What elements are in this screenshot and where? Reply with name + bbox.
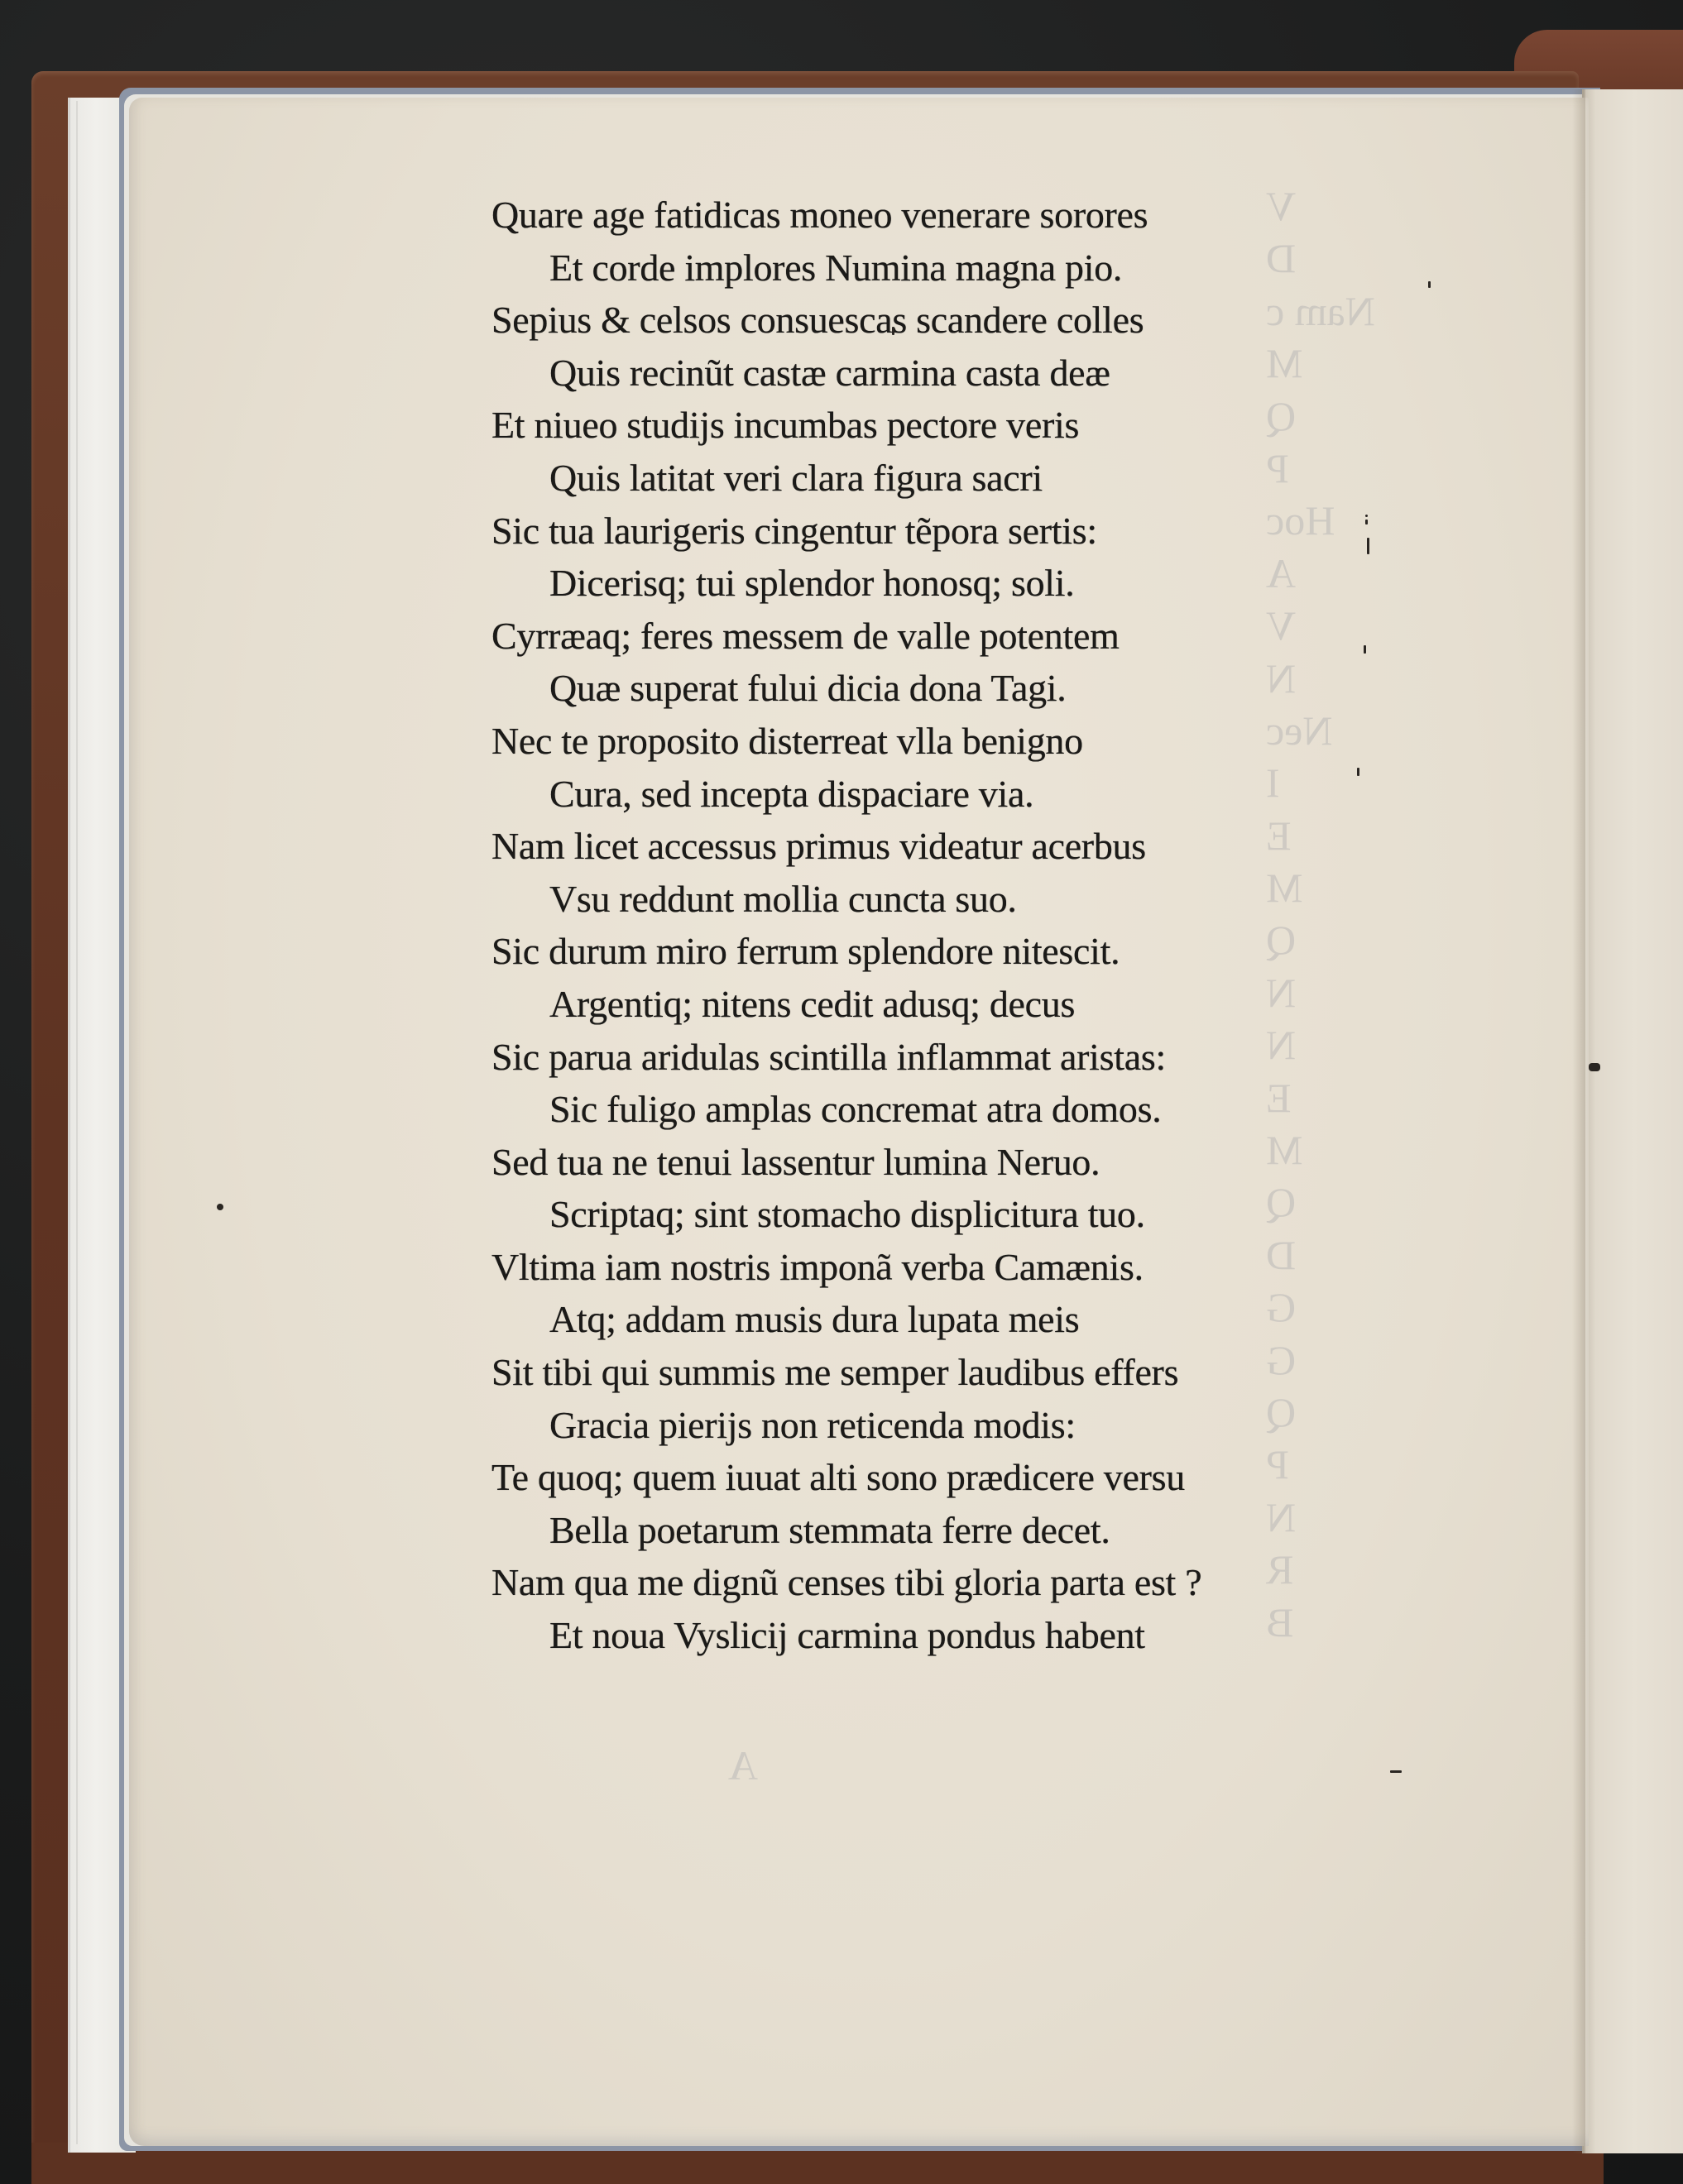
- verse-line: Sic durum miro ferrum splendore nitescit…: [491, 925, 1335, 978]
- facing-page-edge: [1582, 89, 1683, 2153]
- verse-line: Gracia pierijs non reticenda modis:: [491, 1399, 1335, 1452]
- verse-line: Et corde implores Numina magna pio.: [491, 242, 1335, 295]
- ink-speck: [1365, 520, 1368, 524]
- verse-line: Cura, sed incepta dispaciare via.: [491, 768, 1335, 821]
- verse-line: Vsu reddunt mollia cuncta suo.: [491, 873, 1335, 926]
- ink-speck: [1390, 1770, 1402, 1773]
- verse-line: Scriptaq; sint stomacho displicitura tuo…: [491, 1188, 1335, 1241]
- verse-line: Sit tibi qui summis me semper laudibus e…: [491, 1346, 1335, 1399]
- verse-line: Sepius & celsos consuescas scandere coll…: [491, 294, 1335, 347]
- ink-speck: [1428, 281, 1431, 288]
- verse-line: Quæ superat fului dicia dona Tagi.: [491, 662, 1335, 715]
- verse-line: Nam licet accessus primus videatur acerb…: [491, 820, 1335, 873]
- verse-line: Bella poetarum stemmata ferre decet.: [491, 1504, 1335, 1557]
- verse-line: Atq; addam musis dura lupata meis: [491, 1293, 1335, 1346]
- flyleaf-divider: [76, 101, 78, 2144]
- verse-line: Sed tua ne tenui lassentur lumina Neruo.: [491, 1136, 1335, 1189]
- verse-line: Cyrræaq; feres messem de valle potentem: [491, 610, 1335, 663]
- verse-text-block: Quare age fatidicas moneo venerare soror…: [491, 189, 1335, 1662]
- gutter-shadow: [1572, 89, 1585, 2153]
- verse-line: Et noua Vyslicij carmina pondus habent: [491, 1609, 1335, 1662]
- ink-speck: [1357, 768, 1359, 776]
- verse-line: Sic tua laurigeris cingentur tẽpora sert…: [491, 505, 1335, 558]
- ink-speck: [217, 1204, 223, 1210]
- verse-line: Argentiq; nitens cedit adusq; decus: [491, 978, 1335, 1031]
- ink-speck: [1589, 1063, 1600, 1071]
- verse-line: Sic parua aridulas scintilla inflammat a…: [491, 1031, 1335, 1084]
- ink-speck: [1367, 538, 1369, 554]
- verse-line: Nec te proposito disterreat vlla benigno: [491, 715, 1335, 768]
- verse-line: Quis recinũt castæ carmina casta deæ: [491, 347, 1335, 400]
- ink-speck: [1365, 515, 1368, 517]
- verse-line: Et niueo studijs incumbas pectore veris: [491, 399, 1335, 452]
- ink-speck: [892, 327, 894, 335]
- verse-line: Dicerisq; tui splendor honosq; soli.: [491, 557, 1335, 610]
- ink-speck: [1364, 645, 1366, 654]
- show-through-bottom: A: [728, 1741, 758, 1789]
- verse-line: Sic fuligo amplas concremat atra domos.: [491, 1083, 1335, 1136]
- verse-line: Quis latitat veri clara figura sacri: [491, 452, 1335, 505]
- verse-line: Nam qua me dignũ censes tibi gloria part…: [491, 1556, 1335, 1609]
- verse-line: Te quoq; quem iuuat alti sono prædicere …: [491, 1451, 1335, 1504]
- verse-line: Quare age fatidicas moneo venerare soror…: [491, 189, 1335, 242]
- verse-line: Vltima iam nostris imponã verba Camænis.: [491, 1241, 1335, 1294]
